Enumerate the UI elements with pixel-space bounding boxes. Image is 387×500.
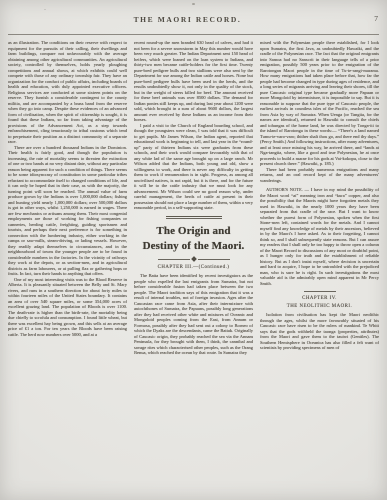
text-columns: as an illustration. The conditions on th… [0,35,387,481]
scanned-page: THE MAORI RECORD. 7 as an illustration. … [0,0,387,500]
page-number: 7 [374,14,378,23]
header-rule [8,34,379,35]
article-end-rule [166,216,222,219]
paragraph: The Batta have been identified by recent… [134,273,253,356]
paragraph: Isolation from civilisation has kept the… [260,312,379,351]
authors-note: AUTHOR'S NOTE. — I have in my mind the p… [260,187,379,286]
paragraph: as an illustration. The conditions on th… [8,40,127,145]
article-title: The Origin and Destiny of the Maori. [134,224,253,256]
chapter-4-subtitle: THE NEOLITHIC MAORI. [260,304,379,310]
paragraph: I paid a visit to the Church of England … [134,123,253,211]
chapter-4-heading: CHAPTER IV. [260,296,379,302]
diamond-ornament-icon [158,257,230,261]
paragraph: There are over a hundred thousand Indian… [8,145,127,277]
paragraph: recent round-up the men branded 630 head… [134,40,253,123]
paragraph: One of my most interesting visits was to… [8,277,127,338]
ornament-line [198,259,230,260]
ornament-line [158,259,190,260]
chapter-3-heading: CHAPTER III.—(Continued.) [134,265,253,271]
paragraph: There had been probably numerous emigrat… [260,167,379,184]
journal-title: THE MAORI RECORD. [0,15,375,24]
column-middle: recent round-up the men branded 630 head… [134,40,253,481]
diamond-icon [191,257,197,263]
page-header: THE MAORI RECORD. 7 [0,0,387,27]
section-rule [304,291,336,292]
column-right: mixed with the Polynesian people there e… [260,40,379,481]
column-left: as an illustration. The conditions on th… [8,40,127,481]
paragraph: mixed with the Polynesian people there e… [260,40,379,167]
